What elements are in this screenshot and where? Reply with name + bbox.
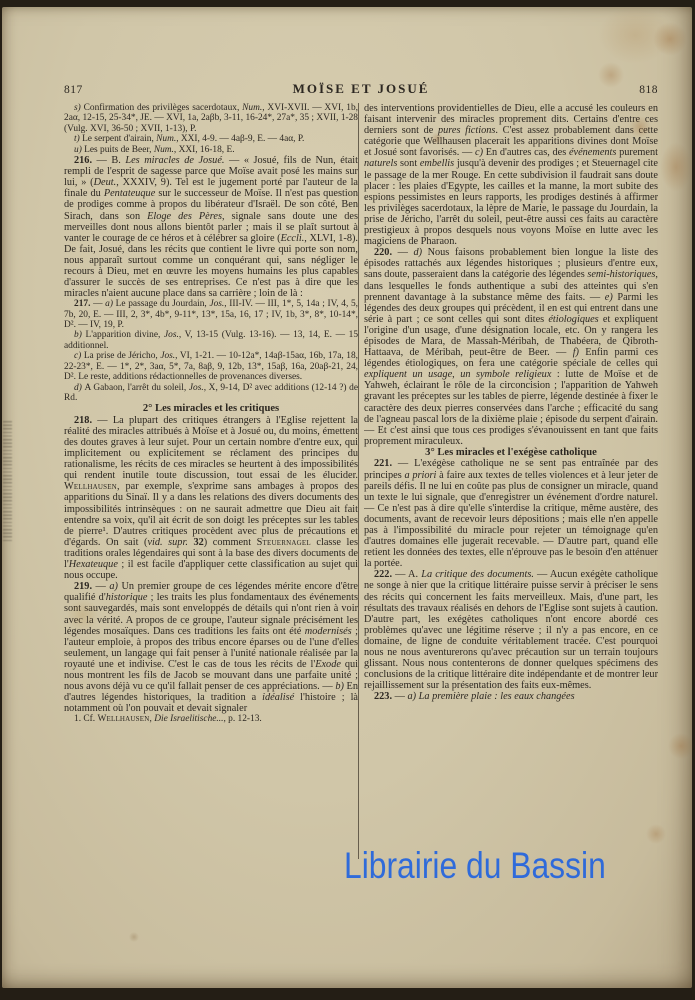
- text-segment: , XXI, 4-9. — 4aβ-9, E. — 4aα, P.: [176, 134, 304, 144]
- text-segment: sont: [397, 158, 419, 169]
- text-segment: vid. supr.: [147, 537, 187, 548]
- text-segment: Jos.: [164, 330, 179, 340]
- text-segment: Num.: [242, 103, 262, 113]
- text-segment: b): [335, 681, 344, 692]
- text-segment: d): [74, 383, 84, 393]
- text-segment: c): [74, 351, 84, 361]
- text-segment: u): [74, 145, 84, 155]
- text-segment: Eloge des Pères: [147, 211, 222, 222]
- text-segment: Eccli.: [281, 233, 305, 244]
- paragraph-216: 216. — B. Les miracles de Josué. — « Jos…: [64, 155, 358, 299]
- text-segment: historique: [106, 592, 148, 603]
- paragraph-221: 221. — L'exégèse catholique ne se sent p…: [364, 458, 658, 569]
- text-segment: embellis: [420, 158, 454, 169]
- paragraph-218: 218. — La plupart des critiques étranger…: [64, 415, 358, 581]
- text-segment: ) comment: [204, 537, 257, 548]
- text-segment: purement: [616, 147, 658, 158]
- text-segment: Wellhausen: [64, 481, 117, 492]
- text-segment: idéalisé: [262, 692, 294, 703]
- text-segment: Hexateuque: [69, 559, 118, 570]
- text-segment: t): [74, 134, 82, 144]
- watermark: Librairie du Bassin: [344, 845, 606, 887]
- paragraph-223-partial: 223. — a) La première plaie : les eaux c…: [364, 691, 658, 702]
- text-segment: e): [605, 292, 613, 303]
- text-segment: 218.: [74, 415, 92, 426]
- reference-entry-u: u) Les puits de Beer, Num., XXI, 16-18, …: [64, 145, 358, 155]
- running-header: 817 MOÏSE ET JOSUÉ 818: [64, 81, 658, 97]
- text-segment: pures fictions: [438, 125, 495, 136]
- text-segment: ,: [452, 369, 460, 380]
- text-segment: —: [92, 581, 109, 592]
- text-segment: a): [105, 299, 116, 309]
- text-segment: a): [109, 581, 118, 592]
- text-segment: —: [90, 299, 105, 309]
- text-segment: 216.: [74, 155, 92, 166]
- text-segment: 32: [193, 537, 203, 548]
- text-segment: En d'autres cas, des: [483, 147, 569, 158]
- reference-entry-217a: 217. — a) Le passage du Jourdain, Jos., …: [64, 299, 358, 330]
- text-segment: Exode: [315, 659, 341, 670]
- scanned-page: 817 MOÏSE ET JOSUÉ 818 s) Confirmation d…: [0, 0, 695, 1000]
- right-page-number: 818: [639, 84, 658, 96]
- footnote-1: 1. Cf. Wellhausen, Die Israelitische...,…: [64, 714, 358, 724]
- text-segment: a): [407, 691, 416, 702]
- text-segment: — Aucun exégète catholique ne songe à ni…: [364, 569, 658, 691]
- reference-entry-s: s) Confirmation des privilèges sacerdota…: [64, 103, 358, 134]
- text-segment: — La plupart des critiques étrangers à l…: [64, 415, 358, 481]
- text-segment: Jos.: [209, 299, 224, 309]
- text-segment: 223.: [374, 691, 392, 702]
- reference-entry-217d: d) A Gabaon, l'arrêt du soleil, Jos., X,…: [64, 383, 358, 404]
- right-column: des interventions providentielles de Die…: [364, 103, 658, 889]
- text-segment: Le passage du Jourdain,: [116, 299, 210, 309]
- text-segment: 217.: [74, 299, 90, 309]
- paragraph-222: 222. — A. La critique des documents. — A…: [364, 569, 658, 691]
- text-segment: L'apparition divine,: [85, 330, 164, 340]
- text-segment: 1. Cf.: [74, 714, 97, 724]
- text-segment: Le serpent d'airain,: [82, 134, 156, 144]
- text-segment: événements: [569, 147, 616, 158]
- text-segment: La prise de Jéricho,: [84, 351, 161, 361]
- text-segment: d): [413, 247, 422, 258]
- text-segment: b): [74, 330, 85, 340]
- text-segment: semi-historiques: [587, 269, 655, 280]
- reference-entry-217b: b) L'apparition divine, Jos., V, 13-15 (…: [64, 330, 358, 351]
- section-heading-2: 2° Les miracles et les critiques: [64, 403, 358, 415]
- text-segment: a priori: [405, 470, 437, 481]
- text-segment: — A.: [392, 569, 421, 580]
- paragraph-continuation: des interventions providentielles de Die…: [364, 103, 658, 247]
- text-segment: Jos.: [189, 383, 204, 393]
- left-page-number: 817: [64, 84, 83, 96]
- left-column: s) Confirmation des privilèges sacerdota…: [64, 103, 358, 889]
- text-segment: La première plaie : les eaux changées: [419, 691, 575, 702]
- text-segment: Steuernagel: [257, 537, 311, 548]
- text-segment: naturels: [364, 158, 397, 169]
- text-segment: modernisés: [305, 626, 352, 637]
- text-segment: un symbole religieux: [460, 369, 551, 380]
- text-segment: 221.: [374, 458, 392, 469]
- paragraph-219: 219. — a) Un premier groupe de ces légen…: [64, 581, 358, 714]
- text-segment: , XXI, 16-18, E.: [174, 145, 235, 155]
- text-segment: Les miracles de Josué.: [125, 155, 224, 166]
- text-segment: Die Israelitische...: [154, 714, 223, 724]
- text-segment: c): [475, 147, 483, 158]
- reference-entry-t: t) Le serpent d'airain, Num., XXI, 4-9. …: [64, 134, 358, 144]
- text-segment: 220.: [374, 247, 392, 258]
- text-segment: —: [392, 691, 407, 702]
- text-segment: — B.: [92, 155, 125, 166]
- text-segment: Wellhausen: [97, 714, 149, 724]
- text-segment: 222.: [374, 569, 392, 580]
- reference-entry-217c: c) La prise de Jéricho, Jos., VI, 1-21. …: [64, 351, 358, 382]
- running-title: MOÏSE ET JOSUÉ: [293, 81, 430, 97]
- text-segment: Confirmation des privilèges sacerdotaux,: [84, 103, 243, 113]
- text-segment: Num.: [156, 134, 176, 144]
- text-segment: , p. 12-13.: [223, 714, 261, 724]
- text-segment: Pentateuque: [104, 188, 155, 199]
- text-segment: A Gabaon, l'arrêt du soleil,: [84, 383, 188, 393]
- column-divider: [358, 103, 359, 859]
- text-segment: Jos.: [160, 351, 175, 361]
- text-segment: Num.: [154, 145, 174, 155]
- section-heading-3: 3° Les miracles et l'exégèse catholique: [364, 447, 658, 459]
- text-segment: expliquent un usage: [364, 369, 452, 380]
- text-segment: : lutte de Moïse et de Yahweh, éclairant…: [364, 369, 658, 447]
- text-segment: jusqu'à devenir des prodiges ; et Steuer…: [364, 158, 658, 247]
- text-segment: 219.: [74, 581, 92, 592]
- text-segment: Les puits de Beer,: [84, 145, 154, 155]
- text-segment: s): [74, 103, 84, 113]
- text-segment: —: [392, 247, 413, 258]
- text-segment: Deut.: [94, 177, 117, 188]
- text-segment: étiologiques: [548, 314, 598, 325]
- book-page: 817 MOÏSE ET JOSUÉ 818 s) Confirmation d…: [2, 7, 692, 988]
- text-segment: à faire aux textes de telles violences e…: [364, 470, 658, 570]
- spine-edge-text: [3, 421, 12, 541]
- text-segment: La critique des documents.: [421, 569, 534, 580]
- paragraph-220: 220. — d) Nous faisons probablement bien…: [364, 247, 658, 447]
